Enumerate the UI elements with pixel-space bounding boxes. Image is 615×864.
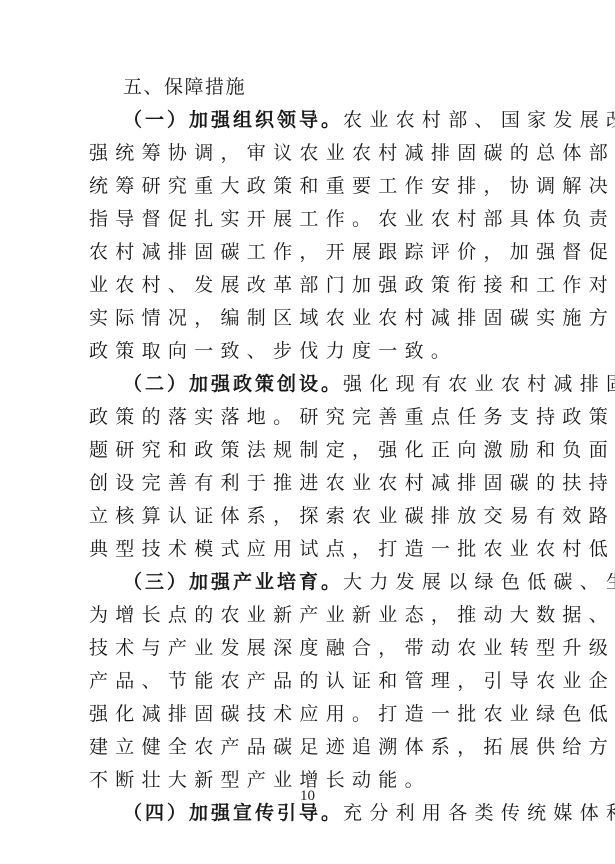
paragraph-text: 充分利用各类传统媒体和新媒体， — [343, 802, 615, 824]
paragraph-line: 立核算认证体系，探索农业碳排放交易有效路径。有序开展 — [89, 500, 525, 533]
paragraph-organization-leadership: （一）加强组织领导。农业农村部、国家发展改革委加 强统筹协调，审议农业农村减排固… — [89, 104, 525, 368]
paragraph-text: 强化现有农业农村减排固碳支持 — [343, 373, 615, 395]
section-heading: 五、保障措施 — [89, 71, 525, 104]
document-page: 五、保障措施 （一）加强组织领导。农业农村部、国家发展改革委加 强统筹协调，审议… — [89, 71, 525, 830]
paragraph-title: （一）加强组织领导。 — [123, 109, 343, 131]
paragraph-line: 政策的落实落地。研究完善重点任务支持政策，推进重大问 — [89, 401, 525, 434]
paragraph-line: 创设完善有利于推进农业农村减排固碳的扶持政策。研究建 — [89, 467, 525, 500]
paragraph-line: 技术与产业发展深度融合，带动农业转型升级。探索低碳农 — [89, 632, 525, 665]
paragraph-line: 统筹研究重大政策和重要工作安排，协调解决重点难点问题， — [89, 170, 525, 203]
paragraph-text: 大力发展以绿色低碳、生态循环 — [343, 571, 615, 593]
paragraph-line: 农村减排固碳工作，开展跟踪评价，加强督促指导。各地农 — [89, 236, 525, 269]
paragraph-line: 题研究和政策法规制定，强化正向激励和负面约束等措施， — [89, 434, 525, 467]
paragraph-line: 实际情况，编制区域农业农村减排固碳实施方案，确保上下 — [89, 302, 525, 335]
paragraph-line: 指导督促扎实开展工作。农业农村部具体负责组织实施农业 — [89, 203, 525, 236]
paragraph-industry-cultivation: （三）加强产业培育。大力发展以绿色低碳、生态循环 为增长点的农业新产业新业态，推… — [89, 566, 525, 797]
paragraph-line: 为增长点的农业新产业新业态，推动大数据、人工智能等新 — [89, 599, 525, 632]
paragraph-line: 典型技术模式应用试点，打造一批农业农村低碳零碳先导区。 — [89, 533, 525, 566]
paragraph-policy-creation: （二）加强政策创设。强化现有农业农村减排固碳支持 政策的落实落地。研究完善重点任… — [89, 368, 525, 566]
paragraph-line: 产品、节能农产品的认证和管理，引导农业企业、经营主体 — [89, 665, 525, 698]
paragraph-title: （三）加强产业培育。 — [123, 571, 343, 593]
paragraph-title: （二）加强政策创设。 — [123, 373, 343, 395]
paragraph-line: 强化减排固碳技术应用。打造一批农业绿色低碳产品品牌， — [89, 698, 525, 731]
page-number: 10 — [0, 788, 615, 805]
paragraph-text: 农业农村部、国家发展改革委加 — [343, 109, 615, 131]
paragraph-line: 业农村、发展改革部门加强政策衔接和工作对接，结合地方 — [89, 269, 525, 302]
paragraph-title: （四）加强宣传引导。 — [123, 802, 343, 824]
paragraph-line: 强统筹协调，审议农业农村减排固碳的总体部署、重要规划， — [89, 137, 525, 170]
paragraph-line: 建立健全农产品碳足迹追溯体系，拓展供给方式和供给渠道， — [89, 731, 525, 764]
paragraph-line: 政策取向一致、步伐力度一致。 — [89, 335, 525, 368]
